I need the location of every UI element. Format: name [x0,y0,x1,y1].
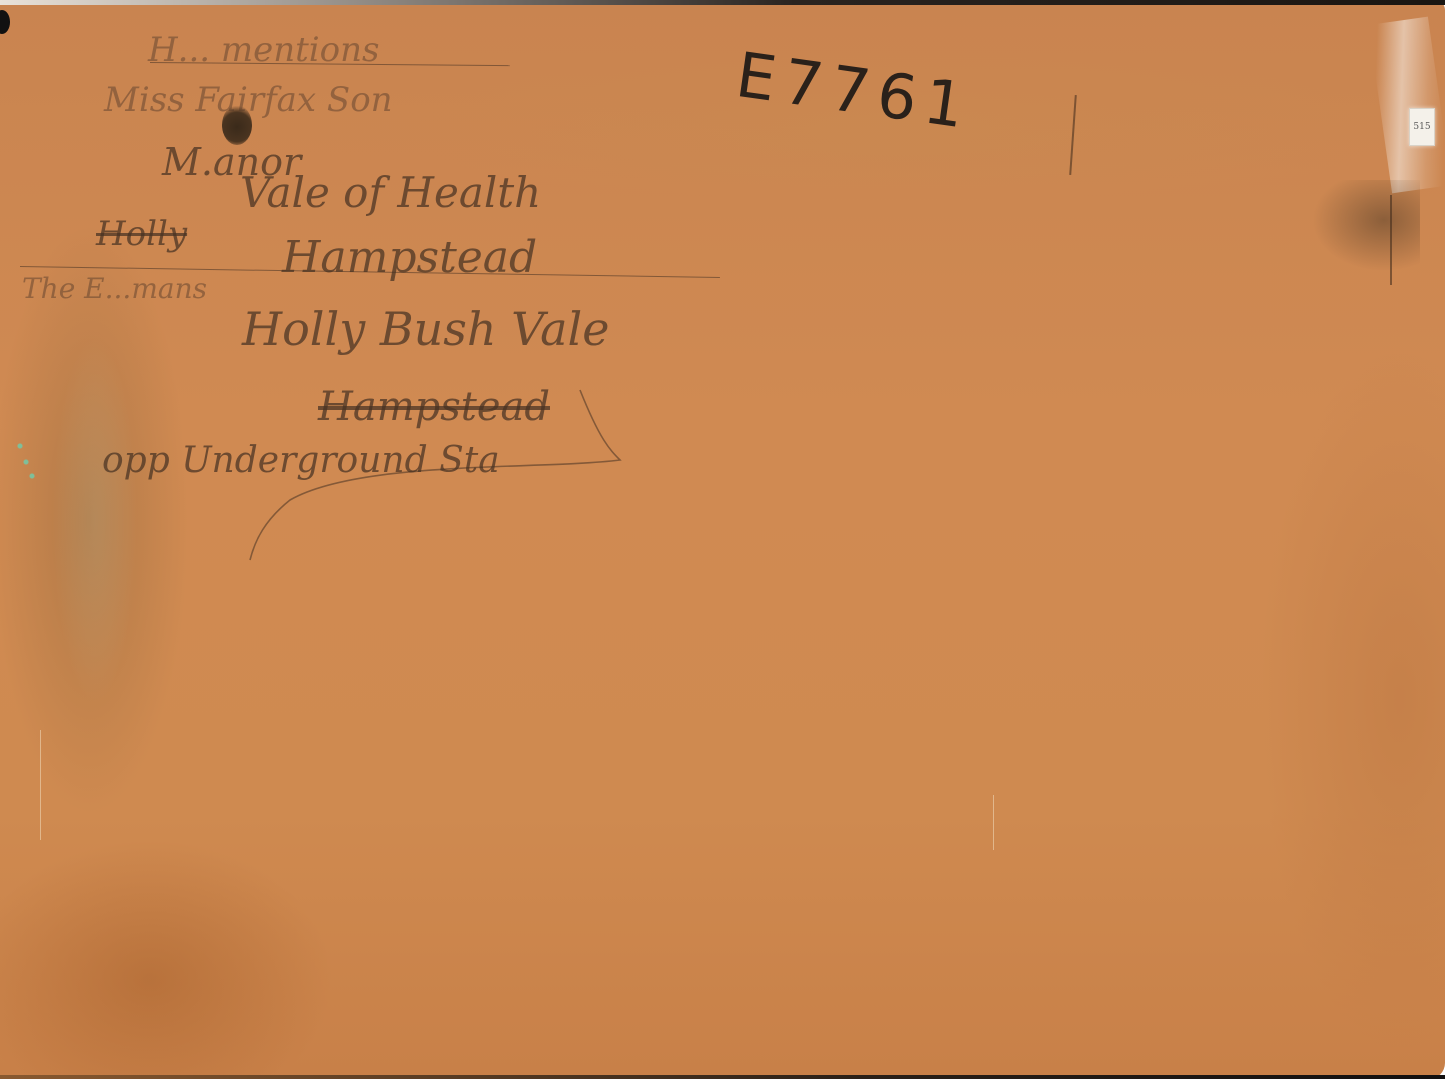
tape-residue [1368,17,1445,194]
bottom-edge-shadow [0,1075,1445,1079]
lot-label: 515 [1409,108,1435,146]
board-verso: E7761 515 H... mentions Miss Fairfax Son… [0,0,1445,1079]
inscription-line-7: The E...mans [22,272,207,305]
bracket-curve [240,380,640,570]
catalog-number: E7761 [732,38,977,143]
scratch [993,795,994,850]
inscription-line-5-struck: Holly [96,214,187,254]
inscription-line-2: Miss Fairfax Son [104,80,393,120]
scratch [40,730,41,840]
pencil-mark [1069,95,1076,175]
inscription-line-4: Vale of Health [240,168,541,217]
pencil-mark [1390,195,1392,285]
inscription-line-8: Holly Bush Vale [242,302,609,356]
top-edge-shadow [0,0,1445,5]
corner-mark [0,10,10,34]
green-paint-specks [16,440,38,485]
inscription-line-6: Hampstead [282,232,537,283]
right-stain [1300,180,1420,280]
